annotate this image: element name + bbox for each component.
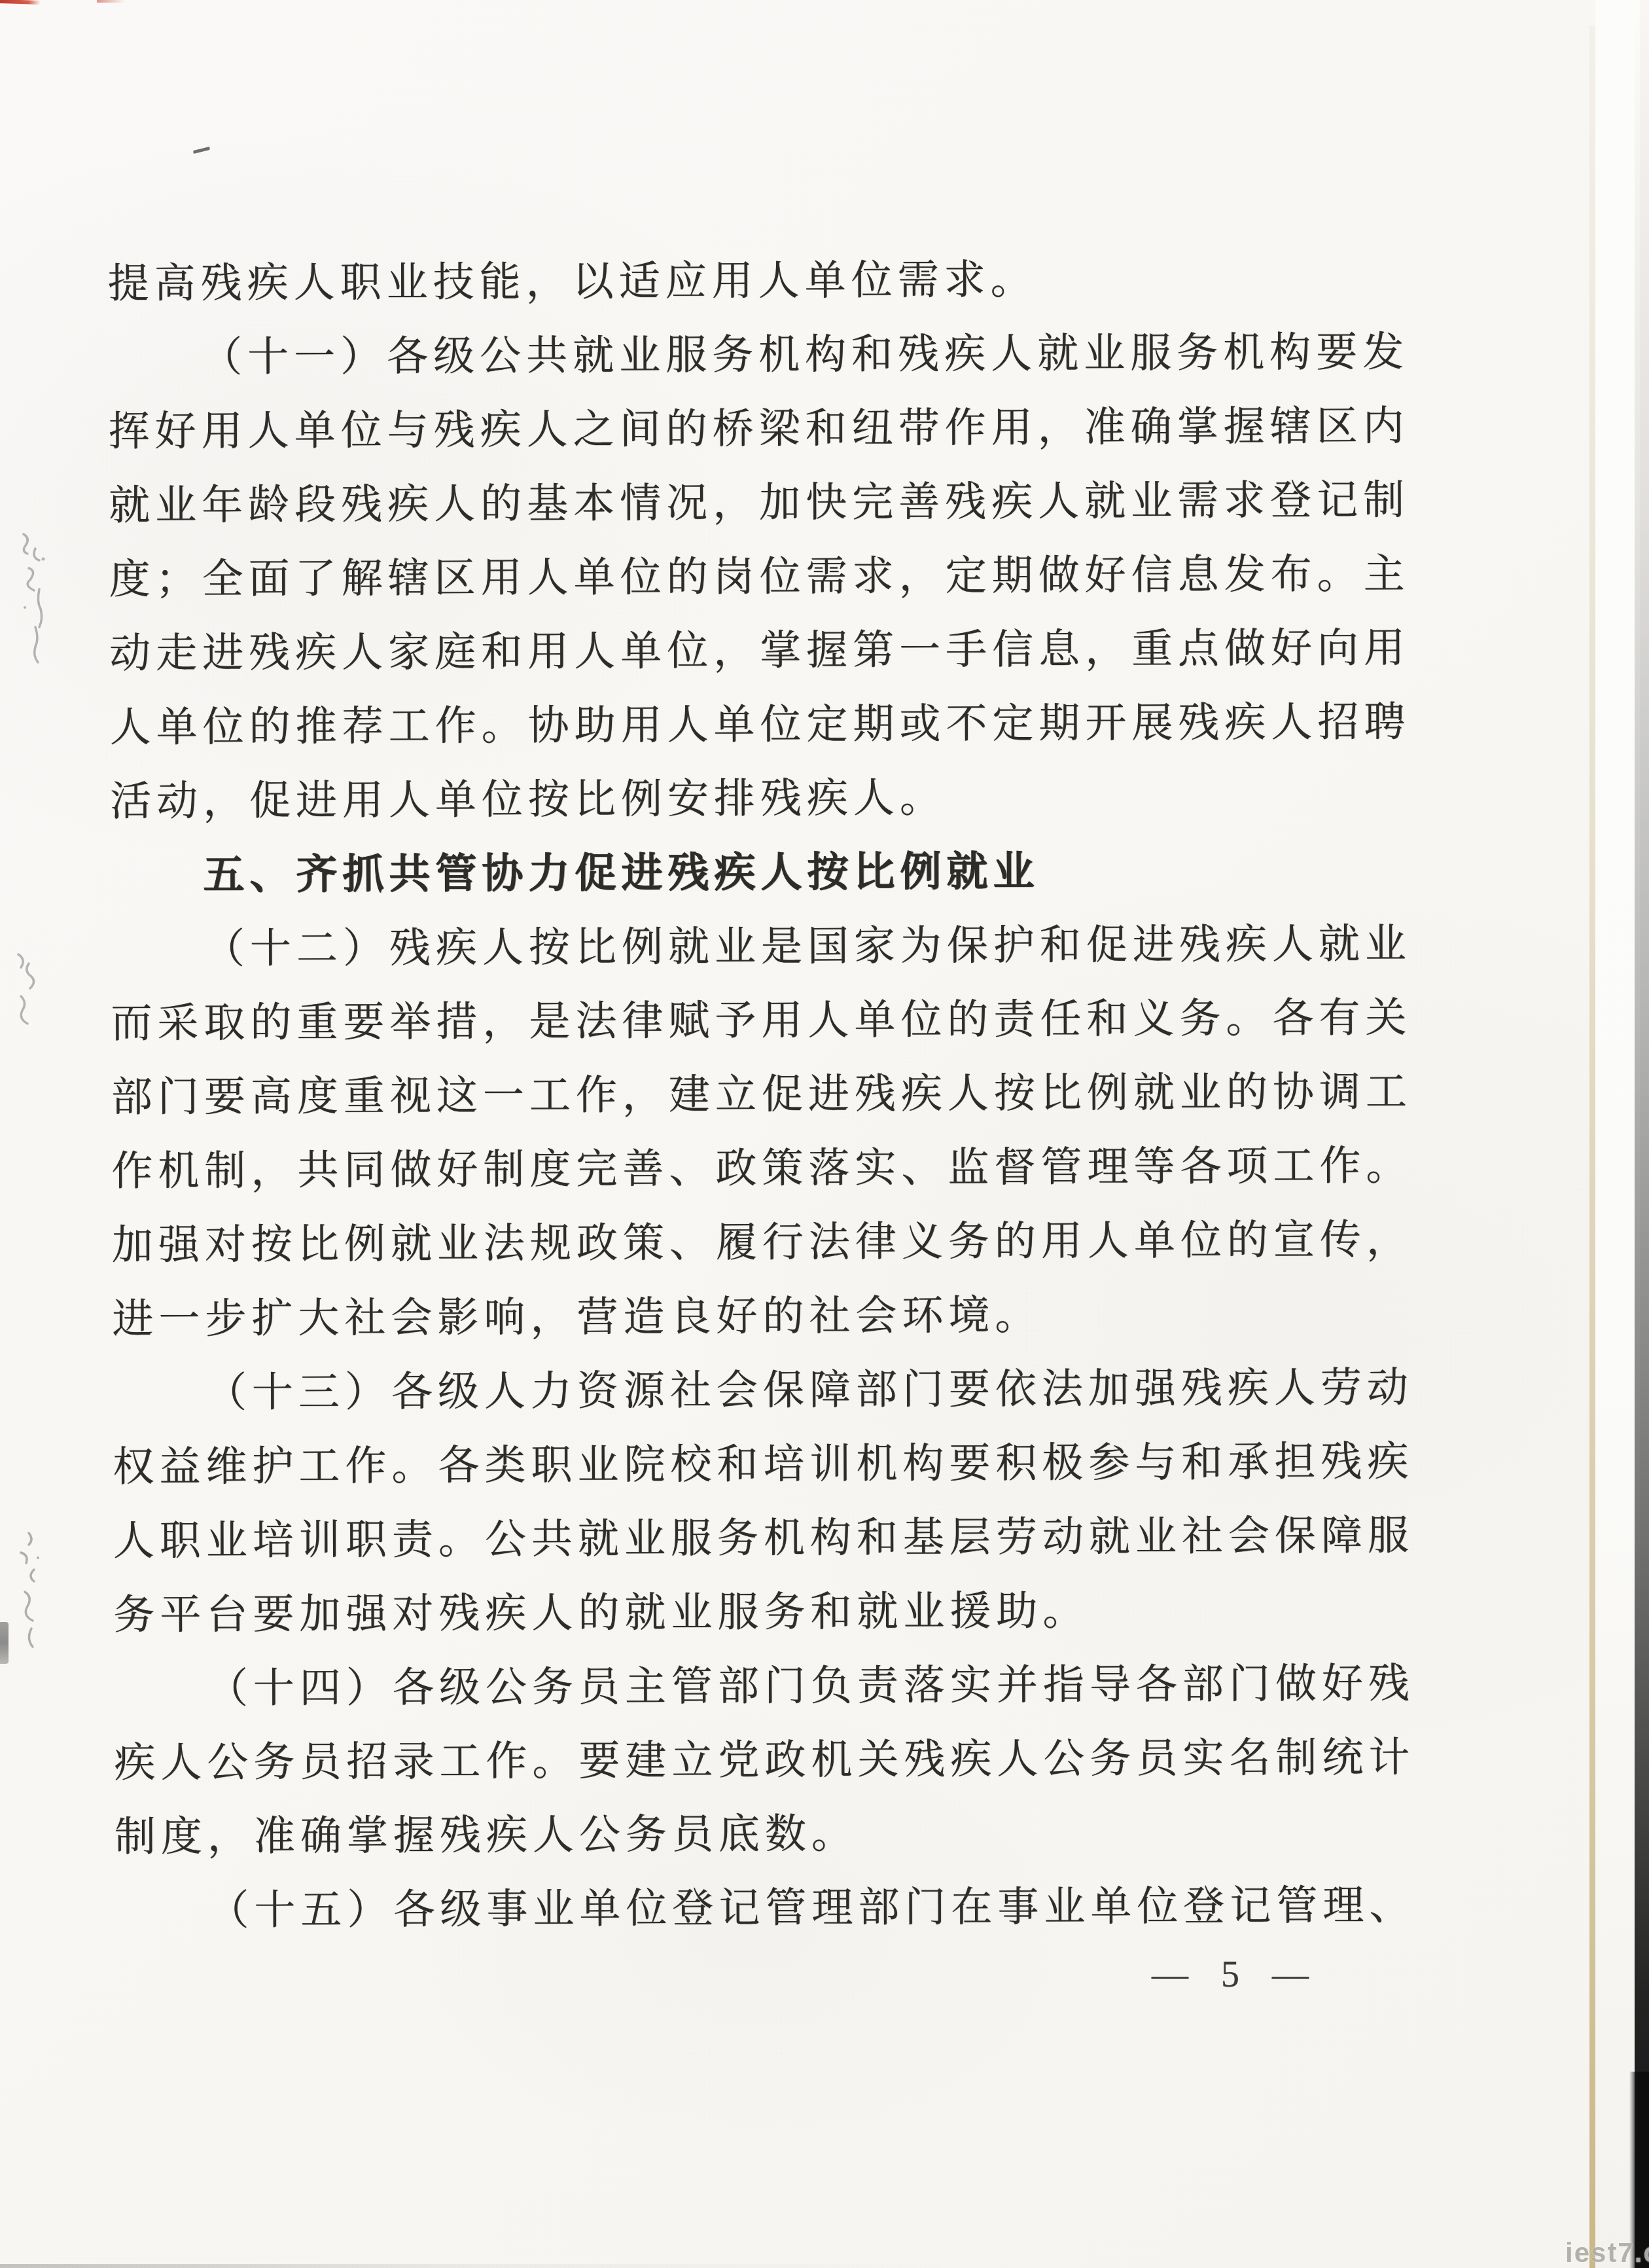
document-text-line: 作机制，共同做好制度完善、政策落实、监督管理等各项工作。 — [111, 1128, 1472, 1208]
document-text-line: 提高残疾人职业技能，以适应用人单位需求。 — [107, 241, 1468, 321]
document-text-line: 进一步扩大社会影响，营造良好的社会环境。 — [112, 1276, 1473, 1356]
document-text-line: （十二）残疾人按比例就业是国家为保护和促进残疾人就业 — [111, 907, 1472, 986]
document-body: 提高残疾人职业技能，以适应用人单位需求。（十一）各级公共就业服务机构和残疾人就业… — [107, 241, 1476, 1948]
ink-speck — [193, 147, 210, 154]
document-text-line: 人单位的推荐工作。协助用人单位定期或不定期开展残疾人招聘 — [109, 685, 1470, 765]
document-text-line: 疾人公务员招录工作。要建立党政机关残疾人公务员实名制统计 — [114, 1720, 1475, 1800]
pencil-scribble-lower — [12, 1529, 51, 1660]
document-text-line: 活动，促进用人单位按比例安排残疾人。 — [110, 759, 1471, 838]
document-text-line: （十五）各级事业单位登记管理部门在事业单位登记管理、 — [115, 1868, 1476, 1948]
document-text-line: 权益维护工作。各类职业院校和培训机构要积极参与和承担残疾 — [113, 1424, 1474, 1504]
document-text-line: 部门要高度重视这一工作，建立促进残疾人按比例就业的协调工 — [111, 1054, 1472, 1134]
document-text-line: 就业年龄段残疾人的基本情况，加快完善残疾人就业需求登记制 — [109, 463, 1470, 543]
document-text-line: 动走进残疾人家庭和用人单位，掌握第一手信息，重点做好向用 — [109, 611, 1470, 691]
left-edge-smudge — [0, 1622, 9, 1664]
scanned-document-page: 提高残疾人职业技能，以适应用人单位需求。（十一）各级公共就业服务机构和残疾人就业… — [0, 0, 1649, 2268]
scanner-shadow-band — [1635, 0, 1649, 2268]
document-text-line: 人职业培训职责。公共就业服务机构和基层劳动就业社会保障服 — [113, 1498, 1474, 1578]
pencil-scribble-upper — [9, 529, 55, 666]
document-text-line: （十三）各级人力资源社会保障部门要依法加强残疾人劳动 — [113, 1350, 1474, 1430]
document-text-line: 度；全面了解辖区用人单位的岗位需求，定期做好信息发布。主 — [109, 537, 1470, 617]
document-text-line: 五、齐抓共管协力促进残疾人按比例就业 — [110, 833, 1471, 912]
document-text-line: （十四）各级公务员主管部门负责落实并指导各部门做好残 — [114, 1646, 1475, 1726]
scan-edge-strip — [1595, 0, 1640, 2268]
pencil-scribble-middle — [7, 950, 46, 1042]
document-text-line: 而采取的重要举措，是法律赋予用人单位的责任和义务。各有关 — [111, 981, 1472, 1060]
page-number: — 5 — — [1152, 1954, 1321, 1996]
document-text-line: （十一）各级公共就业服务机构和残疾人就业服务机构要发 — [108, 315, 1469, 395]
document-text-line: 加强对按比例就业法规政策、履行法律义务的用人单位的宣传， — [112, 1202, 1473, 1282]
red-pen-mark-faint — [97, 0, 126, 3]
document-text-line: 挥好用人单位与残疾人之间的桥梁和纽带作用，准确掌握辖区内 — [108, 389, 1469, 469]
red-pen-mark — [0, 0, 41, 5]
watermark-fragment: iest7.co — [1565, 2237, 1649, 2268]
paper-edge-line — [1589, 26, 1595, 2268]
document-text-line: 务平台要加强对残疾人的就业服务和就业援助。 — [113, 1572, 1474, 1652]
document-text-line: 制度，准确掌握残疾人公务员底数。 — [115, 1794, 1476, 1874]
bottom-edge-shadow — [0, 2264, 1597, 2268]
